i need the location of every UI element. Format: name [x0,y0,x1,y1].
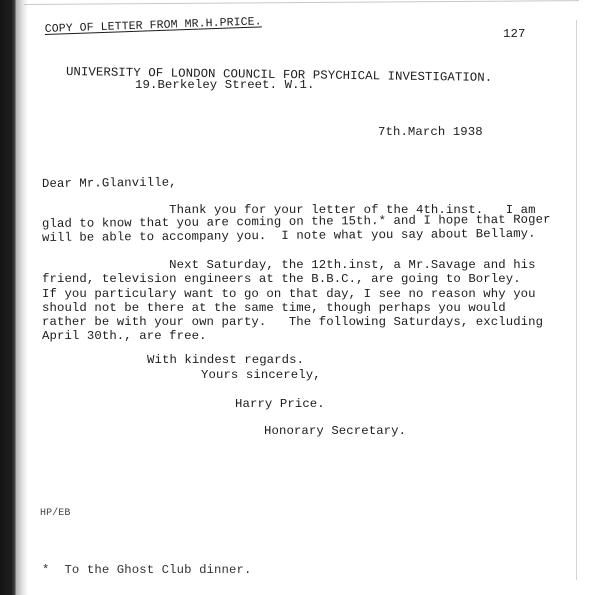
letter-date: 7th.March 1938 [378,125,483,139]
closing-regards: With kindest regards. [147,353,304,367]
document-heading: COPY OF LETTER FROM MR.H.PRICE. [45,15,262,37]
paragraph2-line: April 30th., are free. [42,329,207,343]
paragraph2-line: rather be with your own party. The follo… [42,315,543,329]
paragraph2-line: should not be there at the same time, th… [42,301,506,315]
letterhead-address: 19.Berkeley Street. W.1. [135,78,315,92]
signature-title: Honorary Secretary. [264,424,406,438]
binding-shadow [16,0,28,595]
closing-valediction: Yours sincerely, [201,368,321,382]
page-edge-top [24,0,579,5]
paragraph2-line: friend, television engineers at the B.B.… [42,272,521,286]
signature-name: Harry Price. [235,397,325,411]
footnote: * To the Ghost Club dinner. [42,563,251,577]
page-number: 127 [503,27,525,41]
paragraph1-line: will be able to accompany you. I note wh… [42,227,536,245]
page-edge-right [576,20,577,580]
paragraph2-line: If you particulary want to go on that da… [42,287,536,301]
reference-initials: HP/EB [40,507,71,521]
paragraph2-line: Next Saturday, the 12th.inst, a Mr.Savag… [42,258,536,272]
binding-edge [0,0,16,595]
salutation: Dear Mr.Glanville, [42,176,177,191]
